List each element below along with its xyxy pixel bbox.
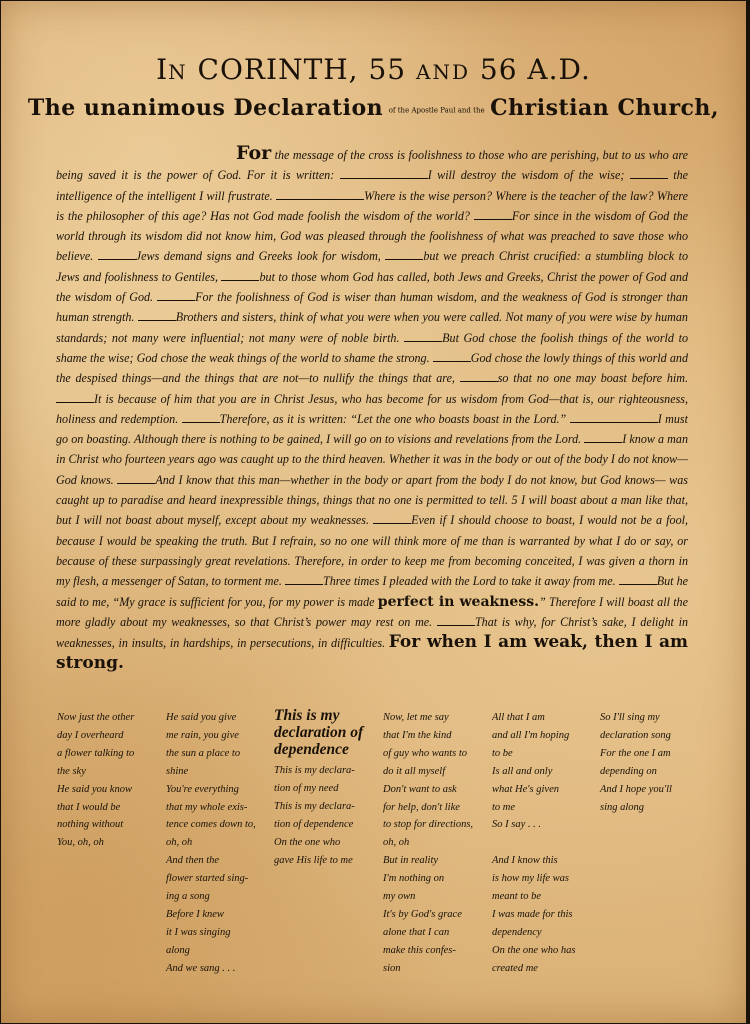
lyrics-column-4: Now, let me say that I'm the kind of guy… — [383, 709, 488, 978]
title-end: 56 A.D. — [470, 53, 591, 86]
stanza-gap — [492, 834, 597, 852]
lyric-line: You're everything — [166, 781, 271, 799]
scripture-body: For the message of the cross is foolishn… — [56, 143, 688, 675]
lyric-line: me rain, you give — [166, 727, 271, 745]
lyric-line: He said you know — [57, 781, 162, 799]
blank-line — [285, 574, 323, 585]
lyric-line: ing a song — [166, 888, 271, 906]
lyric-line: along — [166, 942, 271, 960]
blank-line — [340, 168, 428, 179]
lyric-line: that my whole exis- — [166, 799, 271, 817]
lyrics-column-6: So I'll sing my declaration song For the… — [600, 709, 705, 816]
lyric-line: You, oh, oh — [57, 834, 162, 852]
lyric-line: All that I am — [492, 709, 597, 727]
blank-line — [221, 270, 259, 281]
lyric-line: depending on — [600, 763, 705, 781]
lyric-line: is how my life was — [492, 870, 597, 888]
lyric-line: I'm nothing on — [383, 870, 488, 888]
lyric-line: oh, oh — [383, 834, 488, 852]
lyrics-column-1: Now just the other day I overheard a flo… — [57, 709, 162, 852]
lyric-line: that I'm the kind — [383, 727, 488, 745]
blank-line — [56, 392, 94, 403]
subtitle-part2: Christian Church, — [490, 95, 719, 121]
lyric-line: oh, oh — [166, 834, 271, 852]
lyric-line: This is my declara- — [274, 762, 379, 780]
lyric-line: On the one who — [274, 834, 379, 852]
lyrics-column-3: This is my declaration of dependence Thi… — [274, 707, 379, 869]
lyric-line: Is all and only — [492, 763, 597, 781]
lyric-line: declaration song — [600, 727, 705, 745]
declaration-subtitle: The unanimous Declaration of the Apostle… — [1, 95, 746, 121]
lead-word: For — [236, 142, 271, 164]
lyric-line: He said you give — [166, 709, 271, 727]
body-segment: Therefore, as it is written: “Let the on… — [220, 412, 567, 426]
blank-line — [619, 574, 657, 585]
lyric-line: tence comes down to, — [166, 816, 271, 834]
lyric-line: for help, don't like — [383, 799, 488, 817]
blank-line — [433, 351, 471, 362]
lyric-line: This is my declara- — [274, 798, 379, 816]
lyric-line: And then the — [166, 852, 271, 870]
lyric-line: Don't want to ask — [383, 781, 488, 799]
declaration-heading: This is my declaration of dependence — [274, 707, 379, 758]
blank-line — [98, 249, 136, 260]
lyric-line: the sun a place to — [166, 745, 271, 763]
title-initial: I — [156, 53, 168, 86]
lyric-line: day I overheard — [57, 727, 162, 745]
lyric-line: Now, let me say — [383, 709, 488, 727]
lyric-line: it I was singing — [166, 924, 271, 942]
lyric-line: a flower talking to — [57, 745, 162, 763]
blank-line — [373, 513, 411, 524]
lyrics-column-5: All that I am and all I'm hoping to be I… — [492, 709, 597, 978]
lyric-line: I was made for this — [492, 906, 597, 924]
body-segment: Three times I pleaded with the Lord to t… — [323, 574, 616, 588]
blank-line — [404, 331, 442, 342]
blank-line — [138, 310, 176, 321]
title-and: AND — [416, 60, 470, 84]
lyric-line: sing along — [600, 799, 705, 817]
lyric-line: flower started sing- — [166, 870, 271, 888]
lyric-line: So I say . . . — [492, 816, 597, 834]
lyric-line: And I know this — [492, 852, 597, 870]
lyric-line: of guy who wants to — [383, 745, 488, 763]
blank-line — [460, 371, 498, 382]
lyric-line: do it all myself — [383, 763, 488, 781]
lyric-line: gave His life to me — [274, 852, 379, 870]
title-main: CORINTH, 55 — [188, 53, 416, 86]
page-title: IN CORINTH, 55 AND 56 A.D. — [1, 53, 746, 86]
lyric-line: that I would be — [57, 799, 162, 817]
lyric-line: tion of dependence — [274, 816, 379, 834]
lyric-line: Now just the other — [57, 709, 162, 727]
blank-line — [630, 168, 668, 179]
body-segment: so that no one may boast before him. — [498, 371, 688, 385]
lyric-line: sion — [383, 960, 488, 978]
lyric-line: make this confes- — [383, 942, 488, 960]
blank-line — [474, 209, 512, 220]
lyric-line: what He's given — [492, 781, 597, 799]
subtitle-small: of the Apostle Paul and the — [389, 107, 485, 115]
body-segment: I will destroy the wisdom of the wise; — [428, 168, 625, 182]
blank-line — [182, 412, 220, 423]
blank-line — [157, 290, 195, 301]
lyric-line: meant to be — [492, 888, 597, 906]
blank-line — [117, 473, 155, 484]
title-small-caps: N — [168, 60, 188, 84]
lyric-line: So I'll sing my — [600, 709, 705, 727]
body-segment: Jews demand signs and Greeks look for wi… — [136, 249, 381, 263]
lyric-line: On the one who has — [492, 942, 597, 960]
lyric-line: to me — [492, 799, 597, 817]
subtitle-part1: The unanimous Declaration — [28, 95, 383, 121]
blank-line — [584, 432, 622, 443]
lyric-line: created me — [492, 960, 597, 978]
emphasis-perfect-in-weakness: perfect in weakness. — [378, 594, 539, 610]
lyric-line: to stop for directions, — [383, 816, 488, 834]
lyric-line: And I hope you'll — [600, 781, 705, 799]
lyrics-column-2: He said you give me rain, you give the s… — [166, 709, 271, 978]
lyric-line: tion of my need — [274, 780, 379, 798]
lyric-line: my own — [383, 888, 488, 906]
parchment-page: IN CORINTH, 55 AND 56 A.D. The unanimous… — [1, 1, 746, 1023]
lyric-line: to be — [492, 745, 597, 763]
lyric-line: For the one I am — [600, 745, 705, 763]
lyric-line: dependency — [492, 924, 597, 942]
lyric-line: And we sang . . . — [166, 960, 271, 978]
blank-line — [276, 189, 364, 200]
blank-line — [437, 615, 475, 626]
blank-line — [570, 412, 658, 423]
lyric-line: It's by God's grace — [383, 906, 488, 924]
lyric-line: and all I'm hoping — [492, 727, 597, 745]
lyric-line: Before I knew — [166, 906, 271, 924]
lyric-line: nothing without — [57, 816, 162, 834]
blank-line — [385, 249, 423, 260]
lyric-line: But in reality — [383, 852, 488, 870]
lyric-line: shine — [166, 763, 271, 781]
lyric-line: alone that I can — [383, 924, 488, 942]
lyric-line: the sky — [57, 763, 162, 781]
